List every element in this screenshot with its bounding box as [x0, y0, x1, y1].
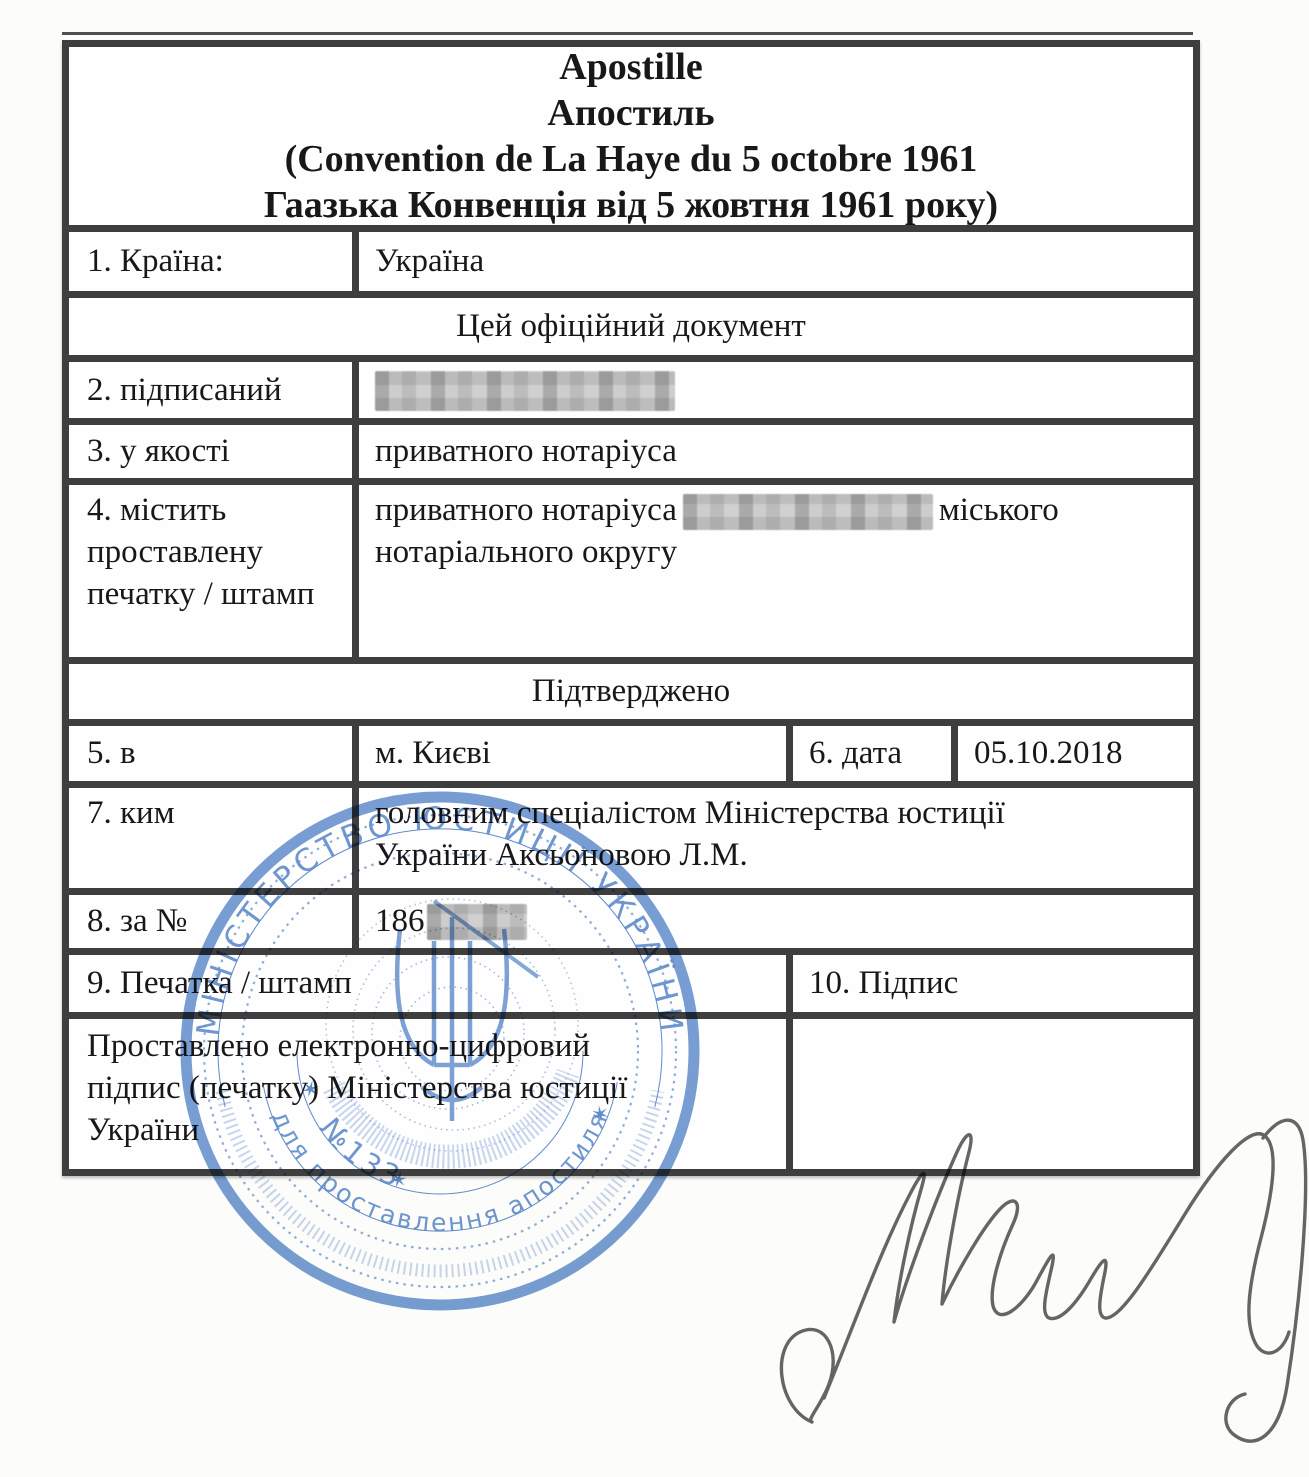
header-convention-uk: Гаазька Конвенція від 5 жовтня 1961 року…: [264, 182, 998, 228]
bears-seal-label: 4. містить проставлену печатку / штамп: [69, 485, 352, 657]
number-value: 186: [359, 895, 1193, 948]
number-label: 8. за №: [69, 895, 352, 948]
number-visible-digits: 186: [375, 900, 425, 942]
redacted-signer-name: [375, 371, 675, 411]
confirmed-title: Підтверджено: [69, 664, 1193, 719]
bears-seal-text-after: міського: [939, 492, 1059, 528]
certified-by-value: головним спеціалістом Міністерства юстиц…: [359, 788, 1193, 888]
certified-by-line1: головним спеціалістом Міністерства юстиц…: [375, 792, 1183, 834]
date-value: 05.10.2018: [958, 726, 1193, 781]
country-value: Україна: [359, 232, 1193, 291]
signed-by-value: [359, 362, 1193, 418]
digital-note-line2: підпис (печатку) Міністерства юстиції: [87, 1067, 776, 1109]
capacity-value: приватного нотаріуса: [359, 425, 1193, 478]
digital-note-line3: України: [87, 1109, 776, 1151]
scan-artifact-line: [62, 32, 1193, 35]
bears-seal-value-line1: приватного нотаріусаміського: [375, 489, 1183, 531]
signature-label: 10. Підпис: [793, 955, 1193, 1012]
row-certified-by: 7. ким головним спеціалістом Міністерств…: [69, 788, 1193, 888]
place-value: м. Києві: [359, 726, 786, 781]
redacted-number-digits: [427, 904, 527, 940]
signed-by-label: 2. підписаний: [69, 362, 352, 418]
row-signed-by: 2. підписаний: [69, 362, 1193, 418]
seal-stamp-label: 9. Печатка / штамп: [69, 955, 786, 1012]
date-label: 6. дата: [793, 726, 951, 781]
apostille-header: Apostille Апостиль (Convention de La Hay…: [69, 47, 1193, 225]
bears-seal-value-line2: нотаріального округу: [375, 531, 1183, 573]
row-official-document: Цей офіційний документ: [69, 298, 1193, 355]
header-title-uk: Апостиль: [547, 90, 714, 136]
header-row: Apostille Апостиль (Convention de La Hay…: [69, 47, 1193, 225]
scanned-apostille-page: Apostille Апостиль (Convention de La Hay…: [0, 0, 1309, 1477]
official-document-title: Цей офіційний документ: [69, 298, 1193, 355]
header-convention-fr: (Convention de La Haye du 5 octobre 1961: [285, 136, 978, 182]
row-capacity: 3. у якості приватного нотаріуса: [69, 425, 1193, 478]
row-bears-seal: 4. містить проставлену печатку / штамп п…: [69, 485, 1193, 657]
row-place-date: 5. в м. Києві 6. дата 05.10.2018: [69, 726, 1193, 781]
signature-stroke-main: [781, 1134, 1289, 1422]
digital-note: Проставлено електронно-цифровий підпис (…: [69, 1019, 786, 1169]
row-seal-signature-labels: 9. Печатка / штамп 10. Підпис: [69, 955, 1193, 1012]
apostille-table: Apostille Апостиль (Convention de La Hay…: [62, 40, 1200, 1176]
digital-note-line1: Проставлено електронно-цифровий: [87, 1025, 776, 1067]
country-label: 1. Країна:: [69, 232, 352, 291]
row-country: 1. Країна: Україна: [69, 232, 1193, 291]
row-digital-note: Проставлено електронно-цифровий підпис (…: [69, 1019, 1193, 1169]
signature-stroke-flourish: [1226, 1120, 1306, 1441]
bears-seal-value: приватного нотаріусаміського нотаріально…: [359, 485, 1193, 657]
header-title-en: Apostille: [559, 44, 703, 90]
bears-seal-text-before: приватного нотаріуса: [375, 492, 677, 528]
row-number: 8. за № 186: [69, 895, 1193, 948]
row-confirmed: Підтверджено: [69, 664, 1193, 719]
capacity-label: 3. у якості: [69, 425, 352, 478]
signature-cell-empty: [793, 1019, 1193, 1169]
place-label: 5. в: [69, 726, 352, 781]
certified-by-label: 7. ким: [69, 788, 352, 888]
certified-by-line2: України Аксьоновою Л.М.: [375, 834, 1183, 876]
redacted-notary-district: [683, 494, 933, 530]
